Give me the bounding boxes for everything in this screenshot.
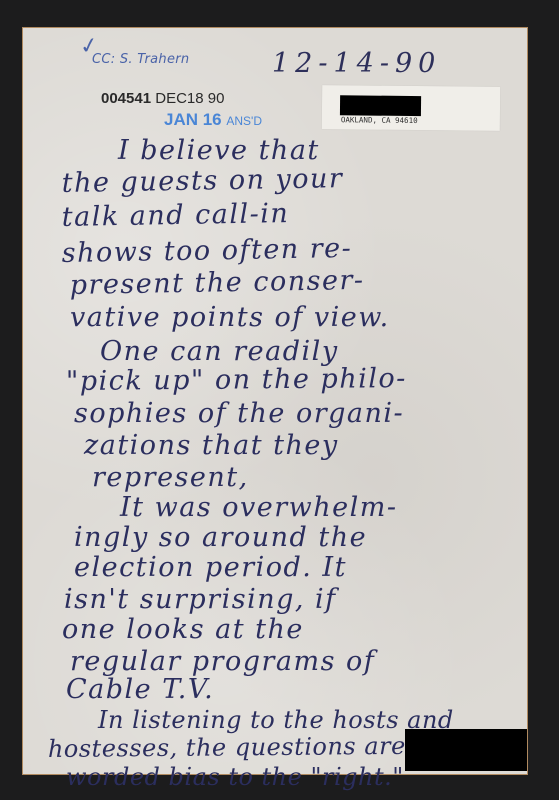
body-line: represent, (92, 462, 249, 493)
answered-stamp-label: ANS'D (226, 114, 262, 128)
body-line: shows too often re- (61, 233, 352, 269)
body-line: sophies of the organi- (74, 398, 404, 429)
address-label: OAKLAND, CA 94610 (322, 85, 500, 131)
body-line: Cable T.V. (66, 674, 214, 705)
body-line: one looks at the (62, 614, 304, 645)
body-line: I believe that (118, 135, 320, 166)
received-stamp-date: DEC18 90 (155, 90, 224, 107)
received-stamp: 004541 DEC18 90 (101, 90, 224, 107)
body-line: isn't surprising, if (64, 584, 337, 615)
cc-note: CC: S. Trahern (92, 52, 189, 67)
body-line: One can readily (100, 336, 339, 367)
address-city-line: OAKLAND, CA 94610 (341, 115, 418, 125)
answered-stamp: JAN 16 ANS'D (164, 110, 262, 130)
body-line: ingly so around the (74, 522, 367, 553)
body-line: election period. It (74, 552, 347, 583)
body-line: talk and call-in (61, 198, 289, 233)
handwritten-date: 12-14-90 (272, 48, 441, 79)
received-stamp-number: 004541 (101, 90, 151, 107)
body-line: the guests on your (61, 163, 343, 199)
answered-stamp-date: JAN 16 (164, 110, 222, 129)
body-line: zations that they (84, 430, 339, 461)
body-line: regular programs of (70, 646, 375, 677)
body-line: "pick up" on the philo- (66, 363, 407, 397)
body-line: worded bias to the "right." (66, 763, 404, 791)
body-line: present the conser- (69, 265, 364, 301)
body-line: vative points of view. (70, 302, 390, 333)
body-line: It was overwhelm- (120, 492, 397, 523)
body-line: In listening to the hosts and (98, 706, 454, 734)
address-redaction (340, 95, 421, 116)
signature-redaction (405, 729, 527, 771)
